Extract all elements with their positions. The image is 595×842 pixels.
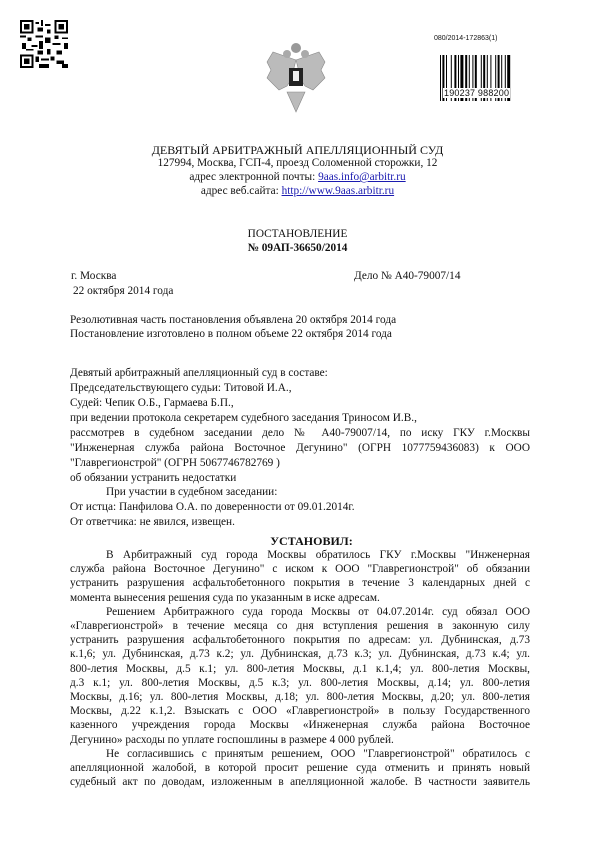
court-address: 127994, Москва, ГСП-4, проезд Соломенной… — [0, 157, 595, 169]
defendant-line: "Главрегионстрой" (ОГРН 5067746782769 ) — [70, 457, 280, 470]
defendant-rep: От ответчика: не явился, извещен. — [70, 516, 235, 529]
body-line: Решением Арбитражного суда города Москвы… — [106, 606, 530, 619]
court-name: ДЕВЯТЫЙ АРБИТРАЖНЫЙ АПЕЛЛЯЦИОННЫЙ СУД — [0, 143, 595, 158]
body-line: к.1,6; ул. Дубнинская, д.73 к.2; ул. Дуб… — [70, 648, 530, 661]
body-line: «Главрегионстрой» в течение месяца со дн… — [70, 620, 530, 633]
body-line: момента вынесения решения суда по указан… — [70, 592, 380, 605]
body-line: Дегунино» расходы по уплате госпошлины в… — [70, 734, 394, 747]
established-heading: УСТАНОВИЛ: — [14, 534, 595, 549]
document-type: ПОСТАНОВЛЕНИЕ — [0, 228, 595, 240]
site-line: адрес веб.сайта: http://www.9aas.arbitr.… — [0, 185, 595, 197]
case-considered-line: рассмотрев в судебном заседании дело № А… — [70, 427, 530, 440]
body-line: устранить разрушения асфальтобетонного п… — [70, 634, 530, 647]
site-link[interactable]: http://www.9aas.arbitr.ru — [282, 185, 395, 197]
announced-line: Резолютивная часть постановления объявле… — [70, 314, 396, 327]
document-number: 080/2014-172863(1) — [434, 35, 497, 42]
judges: Судей: Чепик О.Б., Гармаева Б.П., — [70, 397, 234, 410]
made-line: Постановление изготовлено в полном объем… — [70, 328, 392, 341]
composition-line: Девятый арбитражный апелляционный суд в … — [70, 367, 328, 380]
body-line: Не согласившись с принятым решением, ООО… — [106, 748, 530, 761]
body-line: Москвы, д.22 к.1,2. Взыскать с ООО «Глав… — [70, 705, 530, 718]
body-line: казенного учреждения города Москвы «Инже… — [70, 719, 530, 732]
participation-heading: При участии в судебном заседании: — [106, 486, 277, 499]
body-line: Москвы, д.16; ул. 800-летия Москвы, д.18… — [70, 691, 530, 704]
case-number: Дело № А40-79007/14 — [354, 270, 460, 283]
email-line: адрес электронной почты: 9aas.info@arbit… — [0, 171, 595, 183]
body-line: В Арбитражный суд города Москвы обратило… — [106, 549, 530, 562]
body-line: д.3 к.1; ул. 800-летия Москвы, д.5 к.3; … — [70, 677, 530, 690]
body-line: служба района Восточное Дегунино" с иско… — [70, 563, 530, 576]
body-line: устранить разрушения асфальтобетонного п… — [70, 577, 530, 590]
plaintiff-rep: От истца: Панфилова О.А. по доверенности… — [70, 501, 355, 514]
presiding-judge: Председательствующего судьи: Титовой И.А… — [70, 382, 292, 395]
body-line: апелляционной жалобой, в которой просит … — [70, 762, 530, 775]
email-link[interactable]: 9aas.info@arbitr.ru — [318, 171, 406, 183]
barcode-number: 190237 988200 — [443, 88, 510, 98]
resolution-number: № 09АП-36650/2014 — [0, 242, 595, 254]
site-label: адрес веб.сайта: — [201, 185, 282, 197]
body-line: судебный акт по доводам, изложенным в ап… — [70, 776, 530, 789]
email-label: адрес электронной почты: — [189, 171, 318, 183]
city: г. Москва — [71, 270, 116, 283]
resolution-date: 22 октября 2014 года — [73, 285, 173, 298]
plaintiff-line: "Инженерная служба района Восточное Дегу… — [70, 442, 530, 455]
qr-code-icon — [20, 20, 68, 68]
coat-of-arms-icon — [263, 40, 329, 120]
subject-line: об обязании устранить недостатки — [70, 472, 236, 485]
secretary: при ведении протокола секретарем судебно… — [70, 412, 417, 425]
body-line: 800-летия Москвы, д.5 к.1; ул. 800-летия… — [70, 663, 530, 676]
